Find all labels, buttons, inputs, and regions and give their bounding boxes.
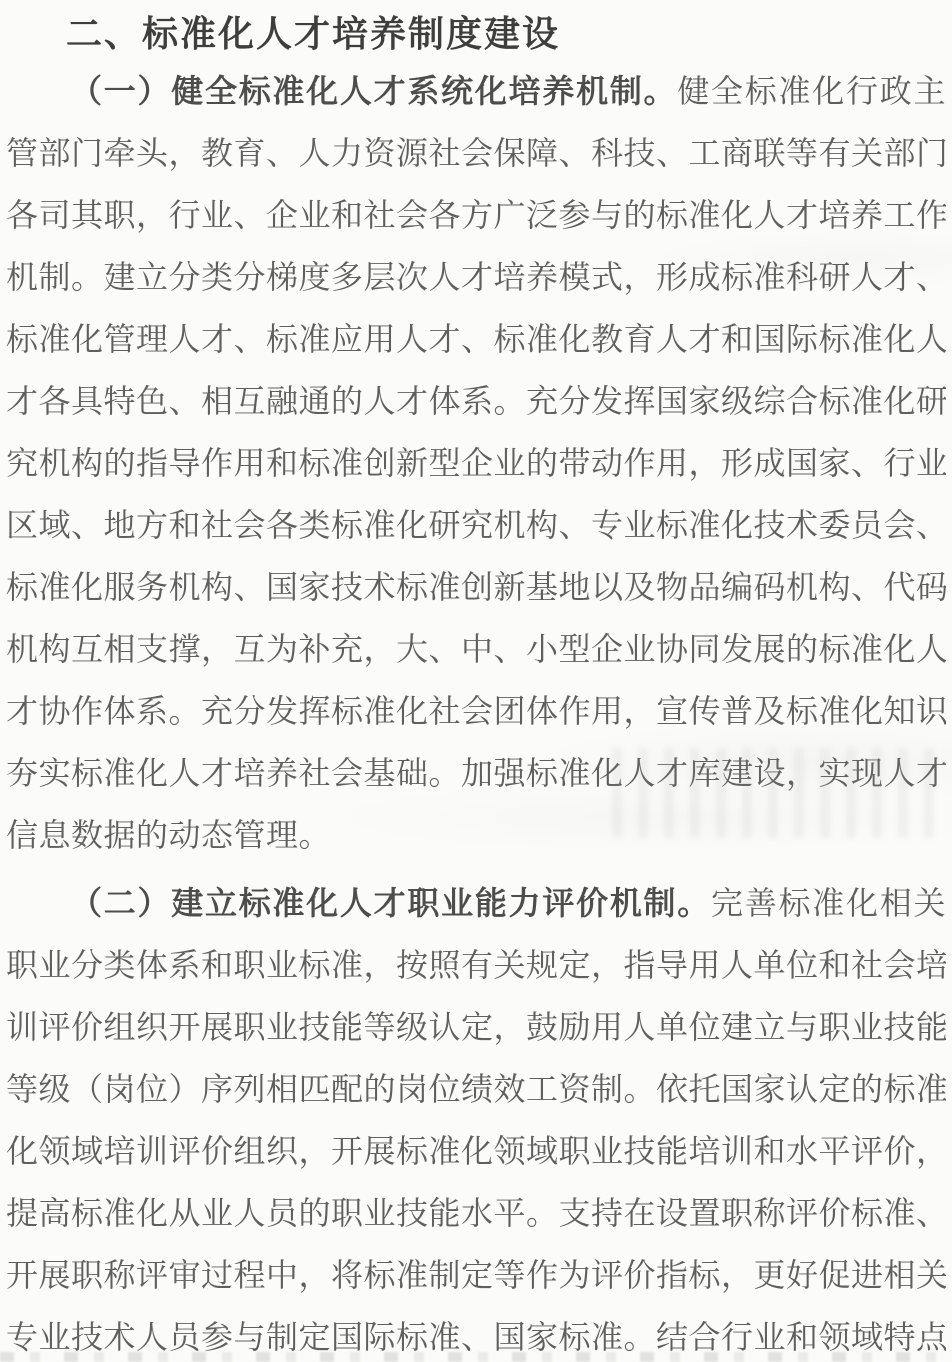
text-line: 才各具特色、相互融通的人才体系。充分发挥国家级综合标准化研 xyxy=(6,370,946,432)
text-line: 专业技术人员参与制定国际标准、国家标准。结合行业和领域特点， xyxy=(6,1306,946,1362)
text-line: 各司其职，行业、企业和社会各方广泛参与的标准化人才培养工作 xyxy=(6,184,946,246)
text-line: 职业分类体系和职业标准，按照有关规定，指导用人单位和社会培 xyxy=(6,934,946,996)
lead-in-emphasis: （一）健全标准化人才系统化培养机制。 xyxy=(70,73,677,109)
lead-in-emphasis: （二）建立标准化人才职业能力评价机制。 xyxy=(70,885,711,921)
text-line: 才协作体系。充分发挥标准化社会团体作用，宣传普及标准化知识， xyxy=(6,680,946,742)
text-line: 机制。建立分类分梯度多层次人才培养模式，形成标准科研人才、 xyxy=(6,246,946,308)
text-line: 等级（岗位）序列相匹配的岗位绩效工资制。依托国家认定的标准 xyxy=(6,1058,946,1120)
text-line: （二）建立标准化人才职业能力评价机制。完善标准化相关 xyxy=(6,872,946,934)
paragraph: （二）建立标准化人才职业能力评价机制。完善标准化相关职业分类体系和职业标准，按照… xyxy=(6,872,946,1362)
text-line: 标准化服务机构、国家技术标准创新基地以及物品编码机构、代码 xyxy=(6,556,946,618)
text-line: 信息数据的动态管理。 xyxy=(6,804,946,866)
text-line: 标准化管理人才、标准应用人才、标准化教育人才和国际标准化人 xyxy=(6,308,946,370)
text-line: 区域、地方和社会各类标准化研究机构、专业标准化技术委员会、 xyxy=(6,494,946,556)
text-line: 训评价组织开展职业技能等级认定，鼓励用人单位建立与职业技能 xyxy=(6,996,946,1058)
text-line: 化领域培训评价组织，开展标准化领域职业技能培训和水平评价， xyxy=(6,1120,946,1182)
text-line: 夯实标准化人才培养社会基础。加强标准化人才库建设，实现人才 xyxy=(6,742,946,804)
document-page: 二、标准化人才培养制度建设 （一）健全标准化人才系统化培养机制。健全标准化行政主… xyxy=(0,0,952,1362)
section-heading: 二、标准化人才培养制度建设 xyxy=(0,0,952,58)
text-line: 管部门牵头，教育、人力资源社会保障、科技、工商联等有关部门 xyxy=(6,122,946,184)
paragraph: （一）健全标准化人才系统化培养机制。健全标准化行政主管部门牵头，教育、人力资源社… xyxy=(6,60,946,866)
text-line: 开展职称评审过程中，将标准制定等作为评价指标，更好促进相关 xyxy=(6,1244,946,1306)
document-body: （一）健全标准化人才系统化培养机制。健全标准化行政主管部门牵头，教育、人力资源社… xyxy=(0,60,952,1362)
text-line: 机构互相支撑，互为补充，大、中、小型企业协同发展的标准化人 xyxy=(6,618,946,680)
text-line: （一）健全标准化人才系统化培养机制。健全标准化行政主 xyxy=(6,60,946,122)
text-line: 提高标准化从业人员的职业技能水平。支持在设置职称评价标准、 xyxy=(6,1182,946,1244)
text-line: 究机构的指导作用和标准创新型企业的带动作用，形成国家、行业、 xyxy=(6,432,946,494)
